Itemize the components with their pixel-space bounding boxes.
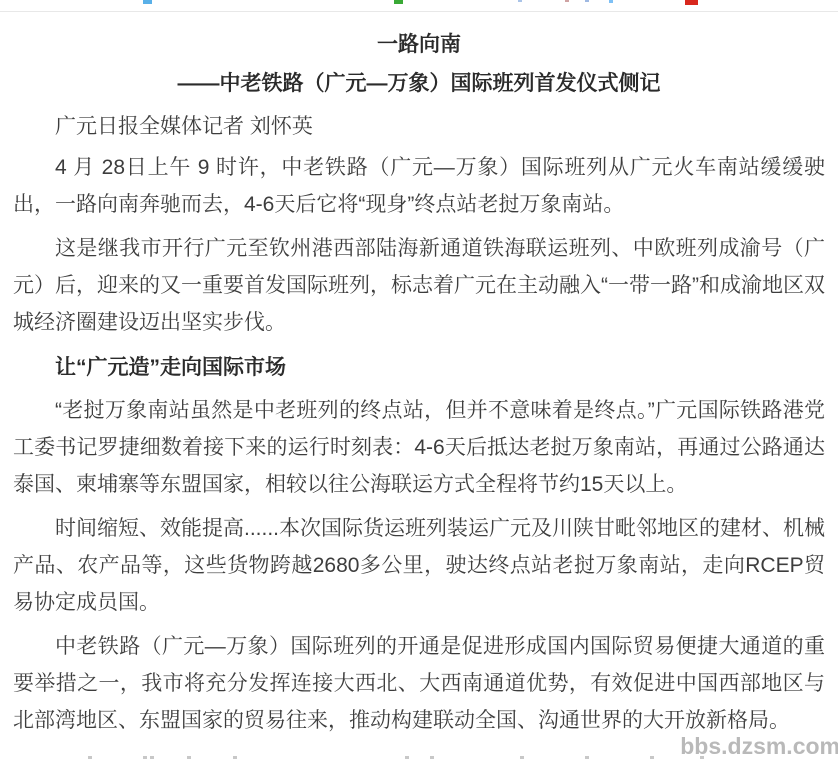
link-dot-fragment	[609, 0, 613, 3]
paragraph-3: “老挝万象南站虽然是中老班列的终点站，但并不意味着是终点。”广元国际铁路港党工委…	[13, 392, 825, 503]
site-watermark: bbs.dzsm.com	[680, 733, 838, 760]
red-icon-fragment[interactable]	[685, 0, 698, 5]
cropped-toolbar-strip	[0, 0, 838, 11]
section-heading: 让“广元造”走向国际市场	[13, 349, 825, 386]
paragraph-4: 时间缩短、效能提高......本次国际货运班列装运广元及川陕甘毗邻地区的建材、机…	[13, 510, 825, 621]
link-mark-fragment-1	[518, 0, 522, 2]
link-mark-fragment-2	[565, 0, 569, 2]
article-title: 一路向南	[13, 32, 825, 58]
article-page: 一路向南 ——中老铁路（广元—万象）国际班列首发仪式侧记 广元日报全媒体记者 刘…	[0, 0, 838, 760]
share-icon-green-fragment[interactable]	[394, 0, 403, 4]
share-icon-blue-fragment[interactable]	[143, 0, 152, 4]
paragraph-2: 这是继我市开行广元至钦州港西部陆海新通道铁海联运班列、中欧班列成渝号（广元）后，…	[13, 230, 825, 341]
article-byline: 广元日报全媒体记者 刘怀英	[13, 114, 825, 140]
article-body: 一路向南 ——中老铁路（广元—万象）国际班列首发仪式侧记 广元日报全媒体记者 刘…	[13, 26, 825, 739]
article-subtitle: ——中老铁路（广元—万象）国际班列首发仪式侧记	[13, 71, 825, 97]
toolbar-divider	[0, 11, 838, 12]
paragraph-5: 中老铁路（广元—万象）国际班列的开通是促进形成国内国际贸易便捷大通道的重要举措之…	[13, 628, 825, 739]
link-mark-fragment-3	[585, 0, 589, 2]
paragraph-1: 4 月 28日上午 9 时许，中老铁路（广元—万象）国际班列从广元火车南站缓缓驶…	[13, 149, 825, 223]
